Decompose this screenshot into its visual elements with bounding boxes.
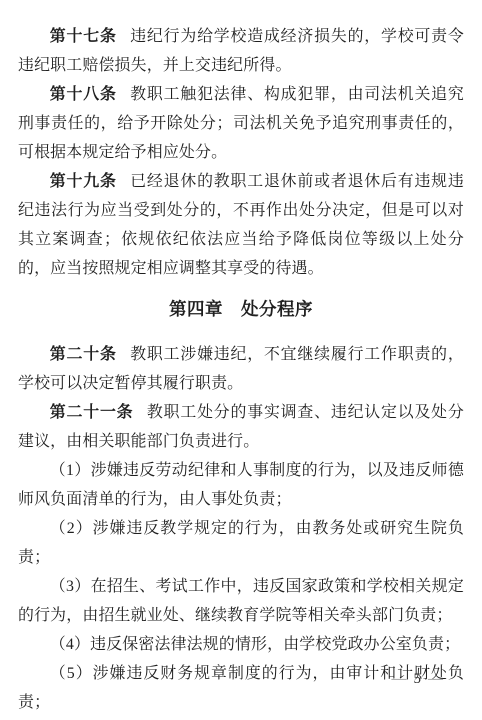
document-page: 第十七条违纪行为给学校造成经济损失的，学校可责令违纪职工赔偿损失，并上交违纪所得…: [0, 0, 482, 720]
page-number: —5—: [392, 669, 444, 689]
article-19: 第十九条已经退休的教职工退休前或者退休后有违规违纪违法行为应当受到处分的，不再作…: [18, 167, 464, 283]
chapter-heading: 第四章 处分程序: [18, 295, 464, 324]
article-17: 第十七条违纪行为给学校造成经济损失的，学校可责令违纪职工赔偿损失，并上交违纪所得…: [18, 22, 464, 80]
article-20-term: 第二十条: [50, 346, 117, 363]
list-item-3: （3）在招生、考试工作中，违反国家政策和学校相关规定的行为，由招生就业处、继续教…: [18, 572, 464, 630]
page-number-right-dash: —: [428, 671, 443, 687]
article-18: 第十八条教职工触犯法律、构成犯罪，由司法机关追究刑事责任的，给予开除处分；司法机…: [18, 80, 464, 167]
article-17-term: 第十七条: [50, 28, 117, 45]
article-19-term: 第十九条: [50, 173, 117, 190]
list-item-4: （4）违反保密法律法规的情形，由学校党政办公室负责；: [18, 630, 464, 659]
article-20: 第二十条教职工涉嫌违纪，不宜继续履行工作职责的，学校可以决定暂停其履行职责。: [18, 340, 464, 398]
list-item-1: （1）涉嫌违反劳动纪律和人事制度的行为，以及违反师德师风负面清单的行为，由人事处…: [18, 456, 464, 514]
article-21-term: 第二十一条: [50, 404, 134, 421]
page-number-left-dash: —: [392, 671, 407, 687]
page-number-value: 5: [414, 671, 422, 687]
article-21: 第二十一条教职工处分的事实调查、违纪认定以及处分建议，由相关职能部门负责进行。: [18, 398, 464, 456]
article-18-term: 第十八条: [50, 86, 117, 103]
list-item-2: （2）涉嫌违反教学规定的行为，由教务处或研究生院负责；: [18, 514, 464, 572]
